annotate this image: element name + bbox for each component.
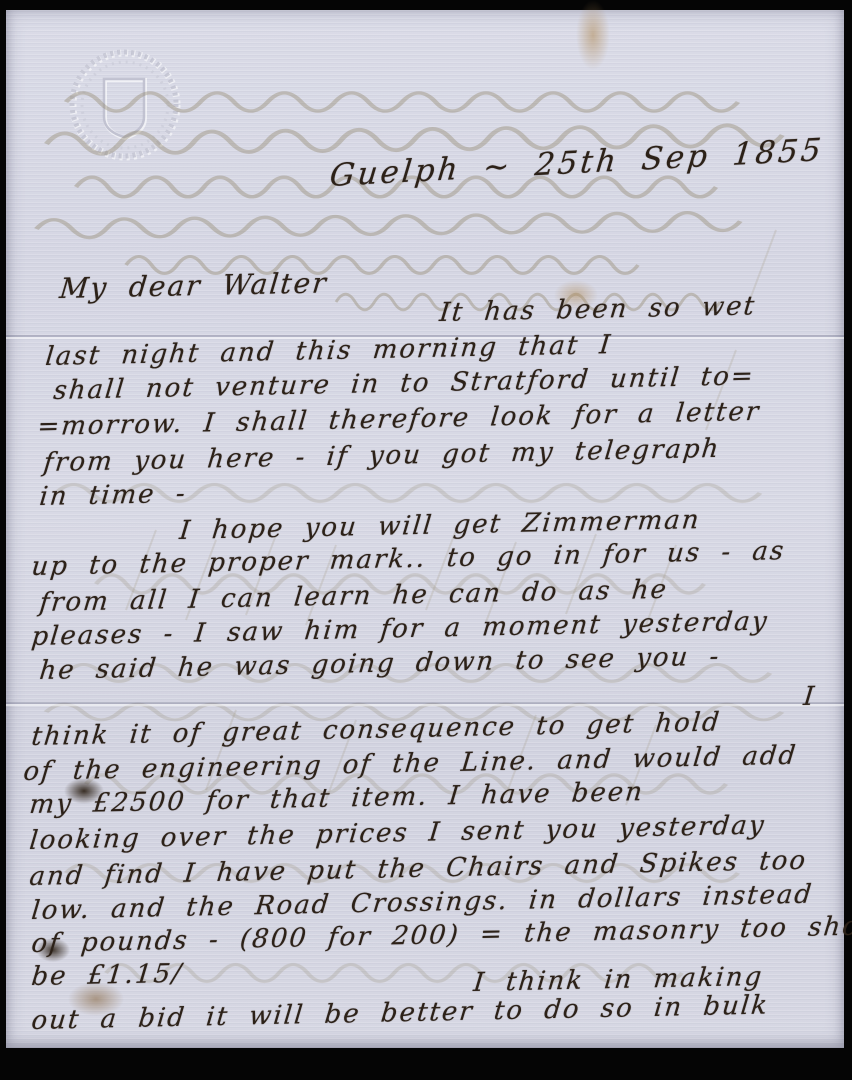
letter-salutation: My dear Walter: [58, 266, 329, 305]
letter-line: It has been so wet: [438, 291, 758, 328]
letter-line: up to the proper mark.. to go in for us …: [30, 536, 787, 582]
stain: [576, 0, 610, 70]
letter-line: in time -: [38, 479, 188, 512]
letter-line: out a bid it will be better to do so in …: [30, 990, 770, 1036]
letter-page: Guelph ~ 25th Sep 1855 My dear Walter It…: [6, 10, 844, 1048]
scan-border: Guelph ~ 25th Sep 1855 My dear Walter It…: [0, 0, 852, 1080]
embossed-crest-stamp: [50, 40, 200, 170]
letter-line: from you here - if you got my telegraph: [42, 434, 722, 478]
letter-dateline: Guelph ~ 25th Sep 1855: [328, 132, 826, 194]
letter-line: be £1.15/: [30, 959, 185, 992]
